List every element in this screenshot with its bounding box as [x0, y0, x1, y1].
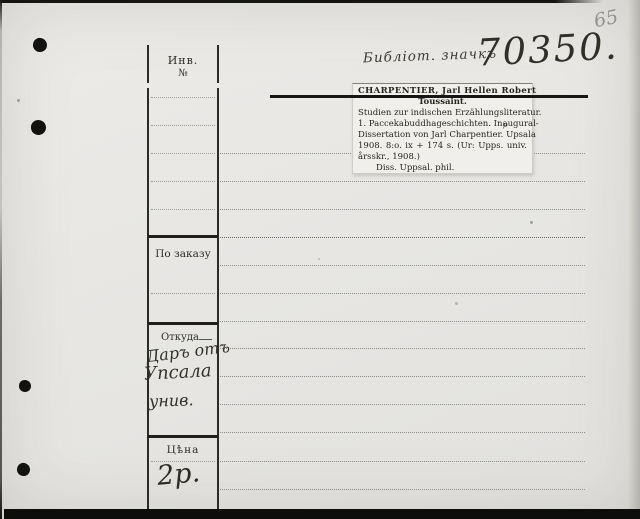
ruled-line [220, 489, 585, 490]
inventory-ruled-cell [147, 88, 219, 235]
punch-hole [30, 119, 47, 136]
slip-body-line: 1. Paccekabuddhageschichten. Inaugural- [358, 119, 527, 130]
ruled-line [220, 461, 585, 462]
slip-body-line: 1908. 8:o. ix + 174 s. (Ur: Upps. univ. [358, 141, 527, 152]
ruled-line [220, 237, 585, 238]
handwritten-correction-mark: p [503, 120, 507, 131]
ruled-line [220, 404, 585, 405]
ink-speck [17, 99, 20, 102]
inventory-number-sign: № [149, 68, 217, 79]
ruled-line [220, 321, 585, 322]
order-label: По заказу [149, 248, 217, 260]
origin-handwriting-line: унив. [149, 390, 194, 411]
punch-hole [19, 380, 31, 392]
ruled-line [220, 181, 585, 182]
ruled-line [151, 293, 215, 294]
scan-edge-top [0, 0, 603, 3]
slip-body-line: Studien zur indischen Erzählungsliteratu… [358, 108, 527, 119]
ruled-line [220, 209, 585, 210]
ink-speck [455, 302, 458, 305]
price-label: Цѣна [149, 444, 217, 456]
slip-body-line: årsskr., 1908.) [358, 152, 527, 163]
author-heavy-rule [270, 95, 588, 98]
ruled-line [220, 348, 585, 349]
ink-speck [530, 221, 533, 224]
price-value-handwritten: 2р. [156, 457, 202, 492]
slip-classification: Diss. Uppsal. phil. [358, 163, 527, 174]
ruled-line [151, 209, 215, 210]
ruled-line [151, 153, 215, 154]
ruled-line [220, 293, 585, 294]
slip-author-line2-struck: Toussaint. [358, 97, 527, 108]
ruled-line [151, 181, 215, 182]
ruled-line [220, 432, 585, 433]
punch-hole [15, 461, 32, 478]
inventory-label: Инв. [149, 54, 217, 67]
ruled-line [220, 265, 585, 266]
ink-speck [318, 258, 320, 260]
scan-edge-right-shadow [628, 0, 640, 519]
catalog-card-scan: 65 Библіот. значкъ 70350. Инв. № По зака… [0, 0, 640, 519]
ruled-line [220, 376, 585, 377]
slip-body-line: Dissertation von Jarl Charpentier. Upsal… [358, 130, 527, 141]
scan-edge-left [0, 0, 2, 519]
ruled-line [151, 125, 215, 126]
order-cell: По заказу [147, 235, 219, 322]
shelfmark-number-handwritten: 70350. [476, 24, 620, 74]
punch-hole [32, 37, 49, 54]
inventory-number-cell: Инв. № [147, 45, 219, 83]
origin-handwriting-line: Упсала [143, 360, 212, 385]
ruled-line [151, 97, 215, 98]
scan-edge-bottom [4, 509, 640, 519]
